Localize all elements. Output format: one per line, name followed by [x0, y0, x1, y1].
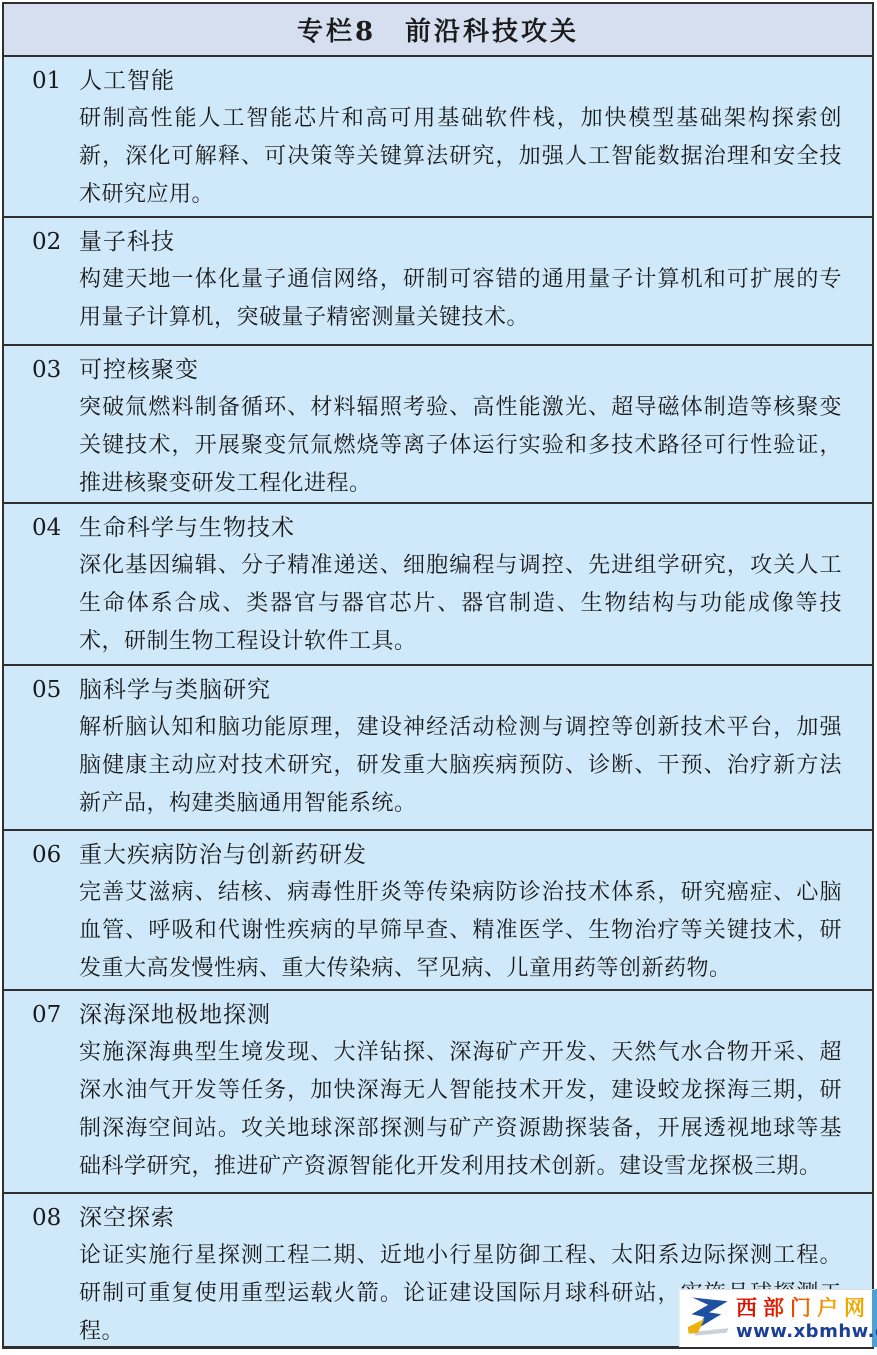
row-body: 完善艾滋病、结核、病毒性肝炎等传染病防诊治技术体系，研究癌症、心脑血管、呼吸和代… [79, 874, 842, 988]
xbmhw-logo-icon [684, 1291, 736, 1347]
row-body: 解析脑认知和脑功能原理，建设神经活动检测与调控等创新技术平台，加强脑健康主动应对… [79, 709, 842, 823]
panel-row: 07 深海深地极地探测 实施深海典型生境发现、大洋钻探、深海矿产开发、天然气水合… [4, 991, 872, 1194]
panel-title: 专栏8 前沿科技攻关 [4, 4, 872, 57]
site-watermark: 西部门户网 www.xbmhw.com [679, 1289, 877, 1347]
row-number: 02 [32, 223, 79, 261]
row-title: 量子科技 [79, 223, 175, 261]
panel-row: 03 可控核聚变 突破氚燃料制备循环、材料辐照考验、高性能激光、超导磁体制造等核… [4, 346, 872, 504]
panel-row: 06 重大疾病防治与创新药研发 完善艾滋病、结核、病毒性肝炎等传染病防诊治技术体… [4, 831, 872, 991]
watermark-site-url: www.xbmhw.com [736, 1321, 877, 1343]
row-number: 08 [32, 1199, 79, 1237]
row-number: 07 [32, 996, 79, 1034]
row-body: 深化基因编辑、分子精准递送、细胞编程与调控、先进组学研究，攻关人工生命体系合成、… [79, 547, 842, 661]
row-number: 01 [32, 62, 79, 100]
row-number: 04 [32, 509, 79, 547]
row-body: 构建天地一体化量子通信网络，研制可容错的通用量子计算机和可扩展的专用量子计算机，… [79, 261, 842, 337]
feature-box-table: 专栏8 前沿科技攻关 01 人工智能 研制高性能人工智能芯片和高可用基础软件栈，… [2, 2, 874, 1349]
row-title: 可控核聚变 [79, 351, 199, 389]
row-body: 突破氚燃料制备循环、材料辐照考验、高性能激光、超导磁体制造等核聚变关键技术，开展… [79, 389, 842, 503]
panel-row: 01 人工智能 研制高性能人工智能芯片和高可用基础软件栈，加快模型基础架构探索创… [4, 57, 872, 218]
row-body: 研制高性能人工智能芯片和高可用基础软件栈，加快模型基础架构探索创新，深化可解释、… [79, 100, 842, 214]
row-body: 实施深海典型生境发现、大洋钻探、深海矿产开发、天然气水合物开采、超深水油气开发等… [79, 1034, 842, 1186]
panel-row: 02 量子科技 构建天地一体化量子通信网络，研制可容错的通用量子计算机和可扩展的… [4, 218, 872, 346]
watermark-site-name: 西部门户网 [736, 1295, 871, 1321]
row-title: 深海深地极地探测 [79, 996, 271, 1034]
panel-row: 05 脑科学与类脑研究 解析脑认知和脑功能原理，建设神经活动检测与调控等创新技术… [4, 666, 872, 831]
row-title: 人工智能 [79, 62, 175, 100]
row-title: 重大疾病防治与创新药研发 [79, 836, 367, 874]
row-number: 05 [32, 671, 79, 709]
row-title: 深空探索 [79, 1199, 175, 1237]
row-title: 脑科学与类脑研究 [79, 671, 271, 709]
row-number: 03 [32, 351, 79, 389]
row-number: 06 [32, 836, 79, 874]
row-title: 生命科学与生物技术 [79, 509, 295, 547]
panel-row: 04 生命科学与生物技术 深化基因编辑、分子精准递送、细胞编程与调控、先进组学研… [4, 504, 872, 666]
